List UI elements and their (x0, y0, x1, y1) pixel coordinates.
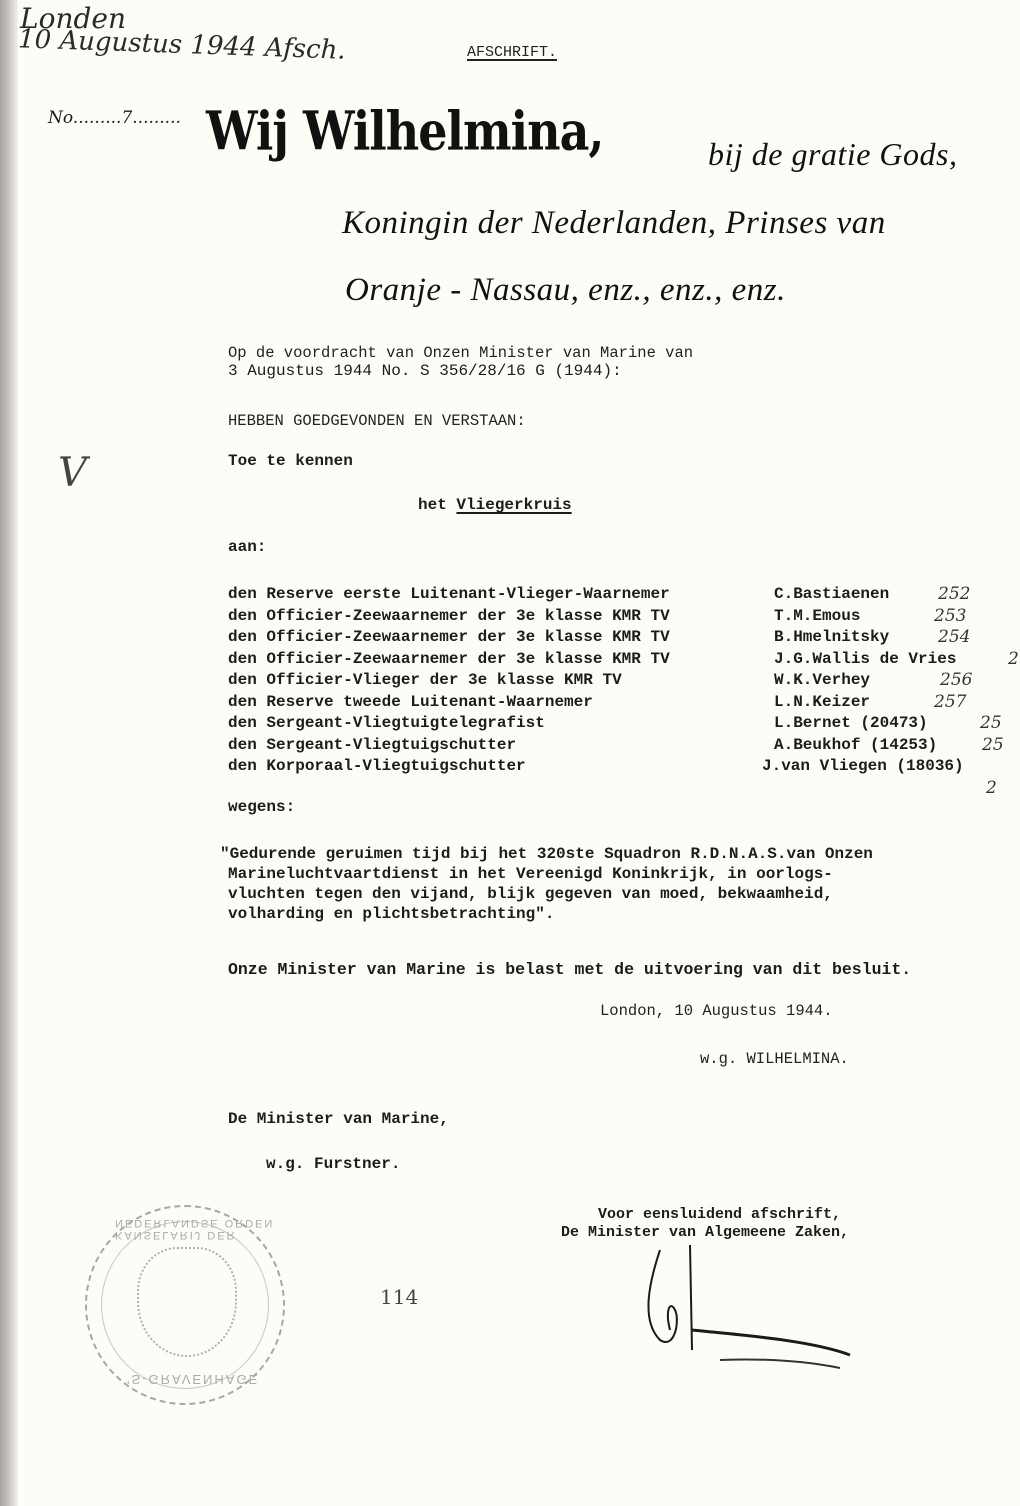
recipient-name: B.Hmelnitsky (774, 627, 889, 649)
recipient-rank: den Sergeant-Vliegtuigschutter (228, 736, 516, 754)
recipient-name: L.N.Keizer (774, 692, 870, 714)
recipient-row: den Korporaal-Vliegtuigschutter J.van Vl… (228, 756, 1018, 778)
aan-label: aan: (228, 538, 266, 556)
recipient-annotation: 257 (934, 692, 966, 714)
coat-of-arms-icon (137, 1247, 237, 1357)
seal-top-text: KANSELARIJ DER NEDERLANDSE ORDEN (115, 1217, 283, 1241)
citation-block: "Gedurende geruimen tijd bij het 320ste … (220, 844, 873, 924)
recipient-annotation: 256 (940, 670, 972, 692)
certification-line-2: De Minister van Algemeene Zaken, (561, 1224, 849, 1241)
handwritten-date: 10 Augustus 1944 Afsch. (18, 24, 347, 65)
award-line: het Vliegerkruis (418, 496, 572, 514)
recipient-rank: den Officier-Zeewaarnemer der 3e klasse … (228, 650, 670, 668)
recipient-annotation: 252 (938, 584, 970, 606)
scanned-page-edge (0, 0, 18, 1506)
page-annotation: 114 (380, 1285, 418, 1309)
recipient-annotation: 2 (986, 778, 997, 800)
recipient-row: den Reserve tweede Luitenant-Waarnemer L… (228, 692, 1018, 714)
queen-signature: w.g. WILHELMINA. (700, 1050, 849, 1068)
recipient-row: den Reserve eerste Luitenant-Vlieger-Waa… (228, 584, 1018, 606)
gothic-title: Wij Wilhelmina, (206, 100, 603, 162)
recipient-annotation: 2 (1008, 649, 1019, 671)
title-script-line-2: Koningin der Nederlanden, Prinses van (342, 205, 886, 242)
recipient-row: den Officier-Vlieger der 3e klasse KMR T… (228, 670, 1018, 692)
recipient-name: T.M.Emous (774, 606, 860, 628)
toe-te-kennen: Toe te kennen (228, 452, 353, 470)
afschrift-stamp: AFSCHRIFT. (467, 44, 557, 61)
recipient-name: J.van Vliegen (18036) (762, 756, 964, 778)
recipient-annotation: 254 (938, 627, 970, 649)
seal-bottom-text: 'S-GRAVENHAGE (127, 1372, 259, 1387)
recipient-row: den Sergeant-Vliegtuigtelegrafist L.Bern… (228, 713, 1018, 735)
decree-heading: HEBBEN GOEDGEVONDEN EN VERSTAAN: (228, 412, 526, 430)
award-prefix: het (418, 496, 447, 514)
recipient-row: den Officier-Zeewaarnemer der 3e klasse … (228, 649, 1018, 671)
recipient-annotation: 25 (980, 713, 1002, 735)
recipient-name: W.K.Verhey (774, 670, 870, 692)
recipient-rank: den Reserve eerste Luitenant-Vlieger-Waa… (228, 585, 670, 603)
official-seal: KANSELARIJ DER NEDERLANDSE ORDEN 'S-GRAV… (85, 1205, 285, 1405)
recipient-rank: den Reserve tweede Luitenant-Waarnemer (228, 693, 593, 711)
place-date: London, 10 Augustus 1944. (600, 1002, 833, 1020)
recipient-row: den Officier-Zeewaarnemer der 3e klasse … (228, 606, 1018, 628)
recipient-annotation: 253 (934, 606, 966, 628)
preamble-line-2: 3 Augustus 1944 No. S 356/28/16 G (1944)… (228, 362, 622, 380)
title-script-line-1: bij de gratie Gods, (708, 136, 957, 173)
margin-check-mark: V (58, 450, 87, 496)
recipient-rank: den Officier-Zeewaarnemer der 3e klasse … (228, 628, 670, 646)
recipient-rank: den Officier-Zeewaarnemer der 3e klasse … (228, 607, 670, 625)
recipient-row: den Sergeant-Vliegtuigschutter A.Beukhof… (228, 735, 1018, 757)
execution-clause: Onze Minister van Marine is belast met d… (228, 960, 911, 979)
title-script-line-3: Oranje - Nassau, enz., enz., enz. (345, 272, 786, 309)
award-name: Vliegerkruis (456, 496, 571, 514)
recipients-list: den Reserve eerste Luitenant-Vlieger-Waa… (228, 584, 1018, 778)
preamble-line-1: Op de voordracht van Onzen Minister van … (228, 344, 693, 362)
recipient-row: den Officier-Zeewaarnemer der 3e klasse … (228, 627, 1018, 649)
recipient-name: L.Bernet (20473) (774, 713, 928, 735)
citation-line: vluchten tegen den vijand, blijk gegeven… (220, 884, 873, 904)
minister-signature: w.g. Furstner. (266, 1155, 400, 1173)
document-number: No.........7......... (48, 108, 181, 128)
recipient-name: J.G.Wallis de Vries (774, 649, 956, 671)
recipient-annotation: 25 (982, 735, 1004, 757)
recipient-rank: den Officier-Vlieger der 3e klasse KMR T… (228, 671, 622, 689)
certification-line-1: Voor eensluidend afschrift, (598, 1206, 841, 1223)
recipient-name: C.Bastiaenen (774, 584, 889, 606)
recipient-name: A.Beukhof (14253) (774, 735, 937, 757)
handwritten-signature-icon (620, 1240, 880, 1370)
recipient-rank: den Korporaal-Vliegtuigschutter (228, 757, 526, 775)
minister-title: De Minister van Marine, (228, 1110, 449, 1128)
citation-line: Marineluchtvaartdienst in het Vereenigd … (220, 864, 873, 884)
wegens-label: wegens: (228, 798, 295, 816)
citation-line: "Gedurende geruimen tijd bij het 320ste … (220, 844, 873, 864)
recipient-rank: den Sergeant-Vliegtuigtelegrafist (228, 714, 545, 732)
citation-line: volharding en plichtsbetrachting". (220, 904, 873, 924)
